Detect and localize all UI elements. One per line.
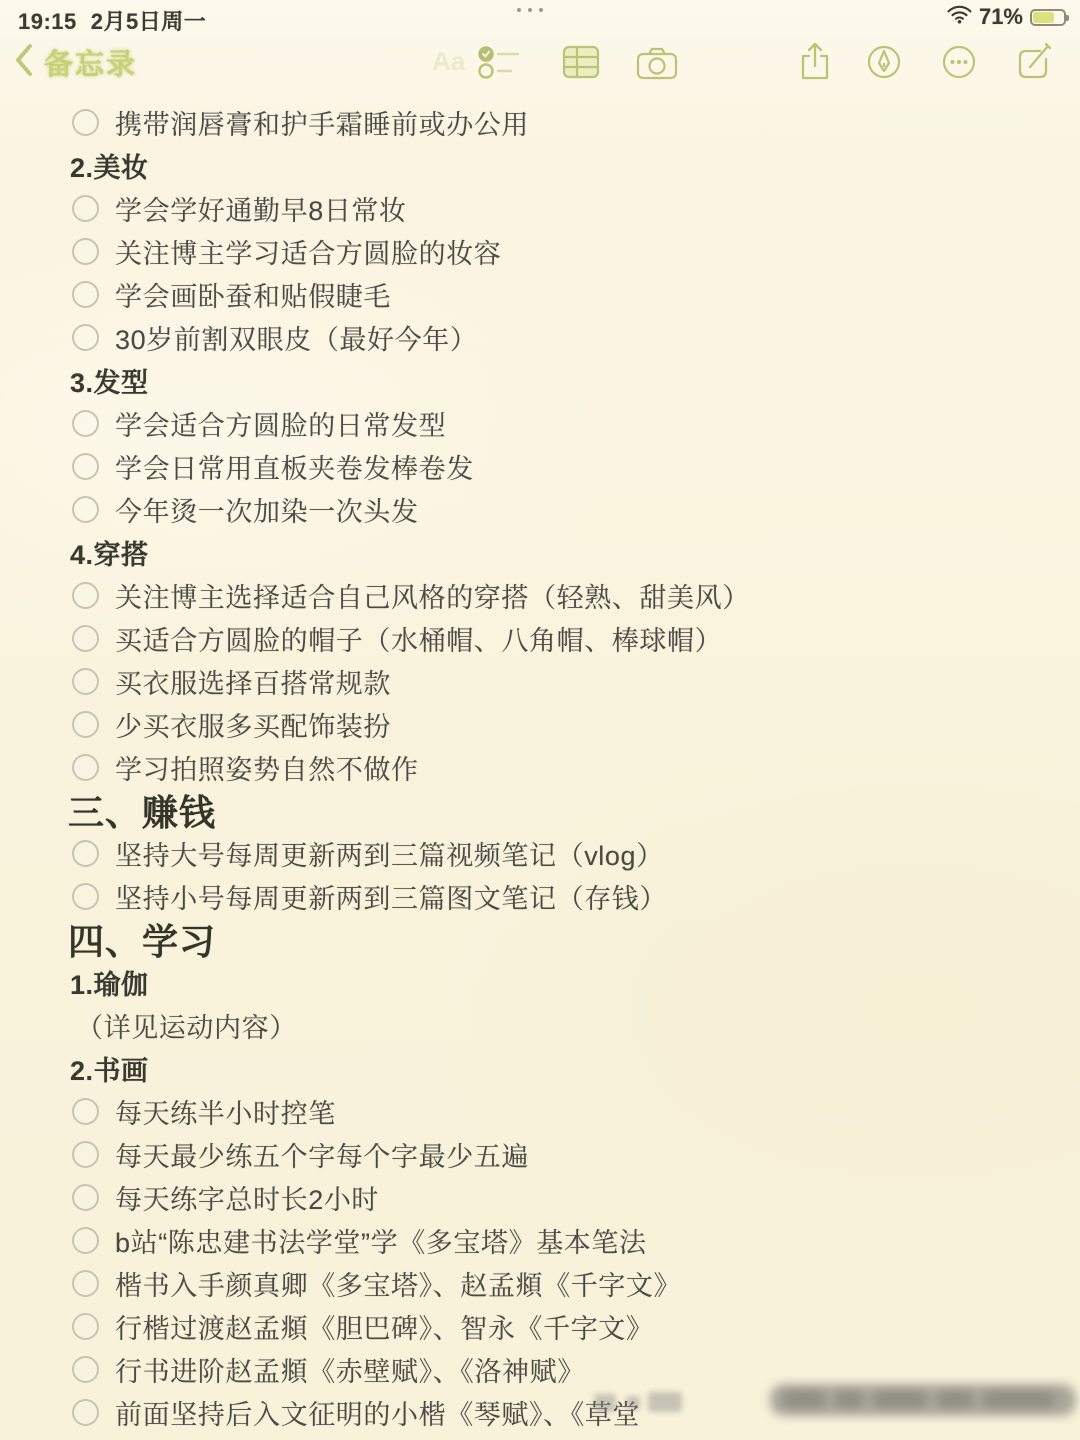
note-text[interactable]: 少买衣服多买配饰装扮 [115, 705, 391, 744]
todo-checkbox[interactable] [72, 840, 99, 867]
todo-checkbox[interactable] [72, 883, 99, 910]
todo-checkbox[interactable] [72, 1184, 99, 1211]
more-icon[interactable] [941, 44, 977, 80]
toolbar: 备忘录 Aa [0, 36, 1080, 88]
section-heading: 2.美妆 [68, 144, 1080, 187]
section-heading: 四、学习 [68, 918, 1080, 961]
watermark-small [590, 1386, 690, 1420]
todo-item: 学会学好通勤早8日常妆 [68, 187, 1080, 230]
todo-item: 少买衣服多买配饰装扮 [68, 703, 1080, 746]
note-text[interactable]: 关注博主选择适合自己风格的穿搭（轻熟、甜美风） [115, 576, 750, 615]
note-text[interactable]: 每天最少练五个字每个字最少五遍 [115, 1135, 529, 1174]
todo-checkbox[interactable] [72, 109, 99, 136]
markup-icon[interactable] [866, 44, 902, 80]
note-text[interactable]: 学习拍照姿势自然不做作 [115, 748, 419, 787]
note-text[interactable]: 2.书画 [70, 1049, 149, 1088]
note-text[interactable]: 行楷过渡赵孟頫《胆巴碑》、智永《千字文》 [115, 1307, 654, 1346]
note-text[interactable]: 学会画卧蚕和贴假睫毛 [115, 275, 391, 314]
battery-fill [1033, 12, 1054, 23]
note-text[interactable]: 坚持大号每周更新两到三篇视频笔记（vlog） [115, 834, 664, 873]
todo-checkbox[interactable] [72, 1399, 99, 1426]
status-bar: 19:152月5日周一 71% [0, 0, 1080, 32]
section-heading: 2.书画 [68, 1047, 1080, 1090]
status-right: 71% [947, 4, 1066, 30]
note-text[interactable]: 前面坚持后入文征明的小楷《琴赋》、《草堂 [115, 1393, 640, 1432]
note-text[interactable]: 30岁前割双眼皮（最好今年） [115, 318, 477, 357]
note-text[interactable]: 买适合方圆脸的帽子（水桶帽、八角帽、棒球帽） [115, 619, 722, 658]
note-body[interactable]: 携带润唇膏和护手霜睡前或办公用2.美妆学会学好通勤早8日常妆关注博主学习适合方圆… [0, 101, 1080, 1434]
todo-item: 学会适合方圆脸的日常发型 [68, 402, 1080, 445]
todo-item: 每天练字总时长2小时 [68, 1176, 1080, 1219]
todo-item: 坚持小号每周更新两到三篇图文笔记（存钱） [68, 875, 1080, 918]
section-heading: 三、赚钱 [68, 789, 1080, 832]
todo-checkbox[interactable] [72, 324, 99, 351]
battery-percent: 71% [979, 4, 1023, 30]
todo-item: 买衣服选择百搭常规款 [68, 660, 1080, 703]
format-icon[interactable]: Aa [432, 46, 465, 77]
status-left: 19:152月5日周一 [18, 5, 206, 36]
todo-item: 学会画卧蚕和贴假睫毛 [68, 273, 1080, 316]
todo-checkbox[interactable] [72, 281, 99, 308]
todo-checkbox[interactable] [72, 410, 99, 437]
section-heading: 1.瑜伽 [68, 961, 1080, 1004]
todo-item: 关注博主选择适合自己风格的穿搭（轻熟、甜美风） [68, 574, 1080, 617]
back-button[interactable]: 备忘录 [14, 42, 137, 83]
todo-item: 携带润唇膏和护手霜睡前或办公用 [68, 101, 1080, 144]
note-text[interactable]: 今年烫一次加染一次头发 [115, 490, 419, 529]
multitask-dots-icon [517, 8, 543, 12]
todo-checkbox[interactable] [72, 1141, 99, 1168]
note-text[interactable]: 三、赚钱 [68, 785, 216, 836]
note-text[interactable]: b站“陈忠建书法学堂”学《多宝塔》基本笔法 [115, 1221, 647, 1260]
todo-checkbox[interactable] [72, 195, 99, 222]
todo-checkbox[interactable] [72, 582, 99, 609]
note-text[interactable]: 买衣服选择百搭常规款 [115, 662, 391, 701]
checklist-icon[interactable] [477, 44, 523, 80]
todo-item: 关注博主学习适合方圆脸的妆容 [68, 230, 1080, 273]
chevron-left-icon [14, 43, 34, 82]
note-text[interactable]: 学会日常用直板夹卷发棒卷发 [115, 447, 474, 486]
todo-item: 30岁前割双眼皮（最好今年） [68, 316, 1080, 359]
note-line: （详见运动内容） [68, 1004, 1080, 1047]
clock: 19:15 [18, 9, 77, 34]
note-text[interactable]: 关注博主学习适合方圆脸的妆容 [115, 232, 501, 271]
todo-checkbox[interactable] [72, 238, 99, 265]
share-icon[interactable] [798, 42, 832, 82]
note-text[interactable]: 1.瑜伽 [70, 963, 149, 1002]
note-text[interactable]: 四、学习 [68, 914, 216, 965]
note-text[interactable]: 3.发型 [70, 361, 149, 400]
todo-checkbox[interactable] [72, 1098, 99, 1125]
todo-checkbox[interactable] [72, 1356, 99, 1383]
note-text[interactable]: 坚持小号每周更新两到三篇图文笔记（存钱） [115, 877, 667, 916]
note-text[interactable]: 每天练半小时控笔 [115, 1092, 336, 1131]
todo-item: 今年烫一次加染一次头发 [68, 488, 1080, 531]
note-text[interactable]: 携带润唇膏和护手霜睡前或办公用 [115, 103, 529, 142]
note-text[interactable]: 楷书入手颜真卿《多宝塔》、赵孟頫《千字文》 [115, 1264, 681, 1303]
compose-icon[interactable] [1016, 42, 1054, 82]
todo-checkbox[interactable] [72, 1270, 99, 1297]
todo-checkbox[interactable] [72, 668, 99, 695]
todo-item: b站“陈忠建书法学堂”学《多宝塔》基本笔法 [68, 1219, 1080, 1262]
todo-checkbox[interactable] [72, 453, 99, 480]
todo-item: 每天最少练五个字每个字最少五遍 [68, 1133, 1080, 1176]
note-text[interactable]: 学会学好通勤早8日常妆 [115, 189, 407, 228]
todo-item: 坚持大号每周更新两到三篇视频笔记（vlog） [68, 832, 1080, 875]
battery-icon [1030, 9, 1066, 26]
todo-checkbox[interactable] [72, 496, 99, 523]
back-label: 备忘录 [44, 42, 137, 83]
todo-checkbox[interactable] [72, 1313, 99, 1340]
todo-item: 楷书入手颜真卿《多宝塔》、赵孟頫《千字文》 [68, 1262, 1080, 1305]
todo-checkbox[interactable] [72, 711, 99, 738]
note-text[interactable]: （详见运动内容） [76, 1006, 297, 1045]
note-text[interactable]: 学会适合方圆脸的日常发型 [115, 404, 446, 443]
todo-item: 每天练半小时控笔 [68, 1090, 1080, 1133]
todo-item: 买适合方圆脸的帽子（水桶帽、八角帽、棒球帽） [68, 617, 1080, 660]
todo-checkbox[interactable] [72, 1227, 99, 1254]
wifi-icon [947, 5, 972, 29]
table-icon[interactable] [562, 44, 600, 80]
note-text[interactable]: 4.穿搭 [70, 533, 149, 572]
todo-checkbox[interactable] [72, 754, 99, 781]
note-text[interactable]: 每天练字总时长2小时 [115, 1178, 379, 1217]
todo-item: 行楷过渡赵孟頫《胆巴碑》、智永《千字文》 [68, 1305, 1080, 1348]
note-text[interactable]: 行书进阶赵孟頫《赤壁赋》、《洛神赋》 [115, 1350, 585, 1389]
todo-item: 学会日常用直板夹卷发棒卷发 [68, 445, 1080, 488]
todo-item: 学习拍照姿势自然不做作 [68, 746, 1080, 789]
todo-checkbox[interactable] [72, 625, 99, 652]
date: 2月5日周一 [91, 9, 206, 34]
camera-icon[interactable] [636, 46, 678, 80]
section-heading: 3.发型 [68, 359, 1080, 402]
section-heading: 4.穿搭 [68, 531, 1080, 574]
note-text[interactable]: 2.美妆 [70, 146, 149, 185]
watermark-large [770, 1378, 1076, 1424]
